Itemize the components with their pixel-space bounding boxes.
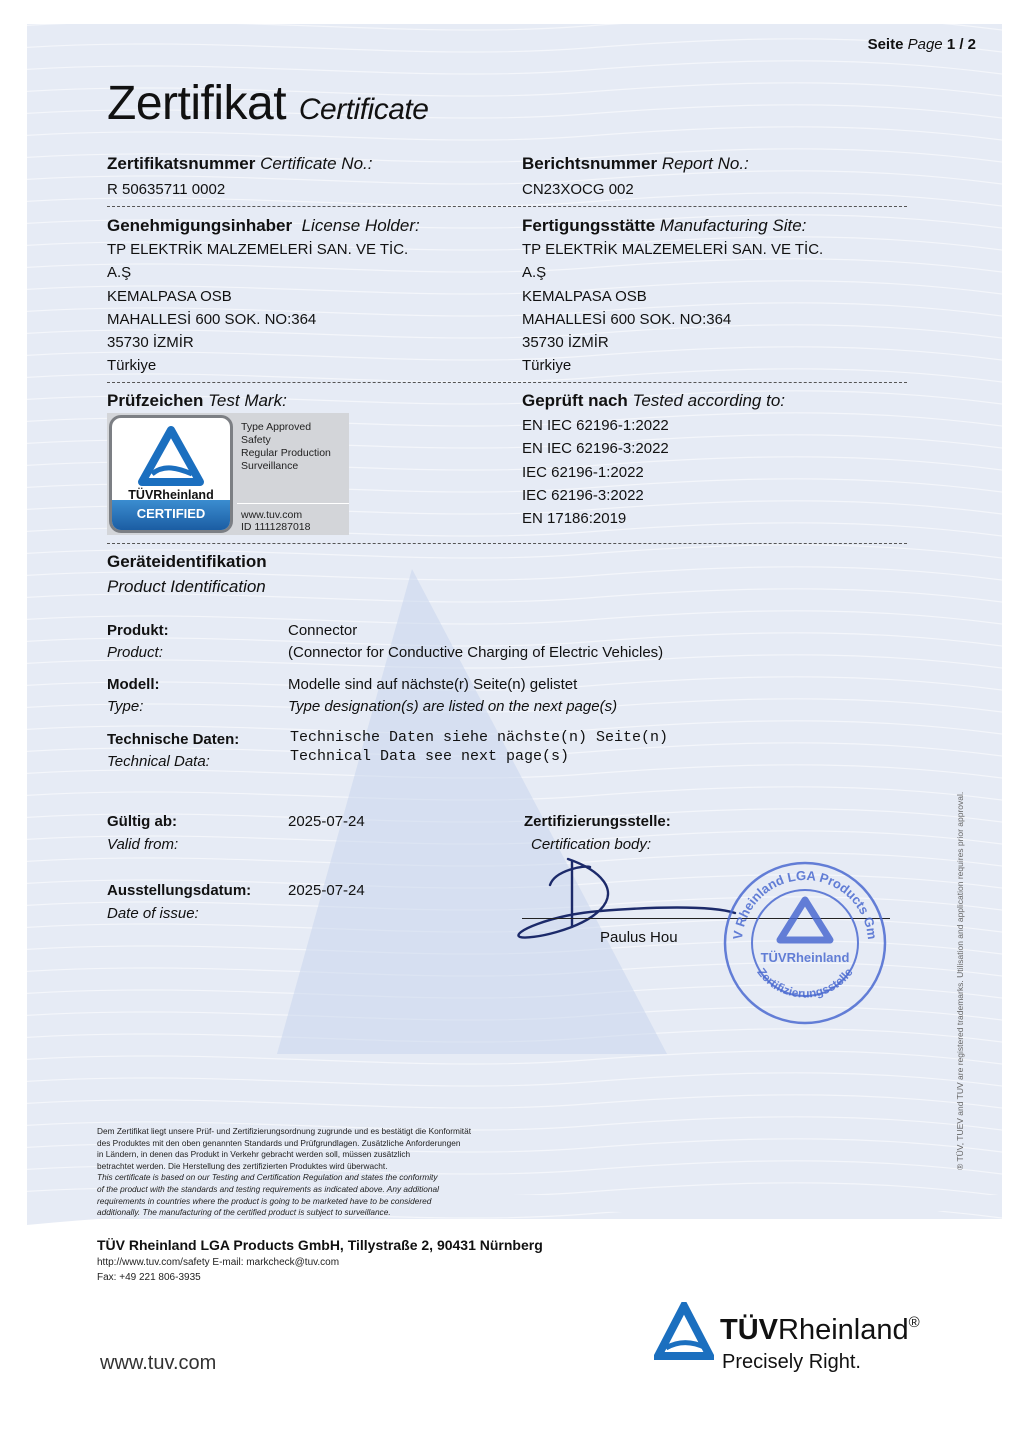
technical-data-label-en: Technical Data: (107, 750, 210, 773)
license-holder-label: Genehmigungsinhaber License Holder: (107, 216, 420, 236)
model-label: Modell: (107, 673, 160, 696)
tuv-slogan: Precisely Right. (722, 1351, 861, 1374)
divider (107, 206, 907, 207)
certification-body-label: Zertifizierungsstelle: (524, 810, 671, 833)
standards-list: EN IEC 62196-1:2022 EN IEC 62196-3:2022 … (522, 414, 669, 530)
certified-logo: TÜVRheinland CERTIFIED (109, 415, 233, 533)
svg-text:TÜVRheinland: TÜVRheinland (761, 950, 850, 965)
issuer-contact[interactable]: http://www.tuv.com/safety E-mail: markch… (97, 1257, 339, 1268)
wave-pattern (27, 24, 1002, 1219)
product-value-en: (Connector for Conductive Charging of El… (288, 641, 663, 664)
issue-date-label-en: Date of issue: (107, 902, 199, 925)
tested-according-label: Geprüft nach Tested according to: (522, 391, 785, 411)
certificate-number: R 50635711 0002 (107, 178, 225, 201)
manufacturing-site-label: Fertigungsstätte Manufacturing Site: (522, 216, 806, 236)
website-link[interactable]: www.tuv.com (100, 1352, 216, 1375)
test-mark-scope: Type Approved Safety Regular Production … (241, 421, 331, 473)
divider (107, 382, 907, 383)
divider (107, 543, 907, 544)
issuer-address: TÜV Rheinland LGA Products GmbH, Tillyst… (97, 1237, 543, 1253)
technical-data-value: Technische Daten siehe nächste(n) Seite(… (290, 728, 668, 747)
technical-data-label: Technische Daten: (107, 728, 239, 751)
issue-date: 2025-07-24 (288, 879, 365, 902)
valid-from-label: Gültig ab: (107, 810, 177, 833)
product-identification-heading-en: Product Identification (107, 577, 266, 597)
model-label-en: Type: (107, 695, 143, 718)
report-number-label: Berichtsnummer Report No.: (522, 154, 749, 174)
tuv-brand: TÜVRheinland® (720, 1314, 920, 1347)
svg-text:Zertifizierungsstelle: Zertifizierungsstelle (754, 965, 855, 1001)
certification-body-label-en: Certification body: (531, 833, 651, 856)
test-mark-badge: TÜVRheinland CERTIFIED Type Approved Saf… (107, 413, 349, 535)
certification-stamp: TÜV Rheinland LGA Products GmbH Zertifiz… (720, 858, 890, 1028)
test-mark-label: Prüfzeichen Test Mark: (107, 391, 287, 411)
valid-from-date: 2025-07-24 (288, 810, 365, 833)
technical-data-value-en: Technical Data see next page(s) (290, 747, 569, 766)
product-identification-heading: Geräteidentifikation (107, 552, 267, 572)
divider (237, 503, 349, 504)
certificate-background (27, 24, 1002, 1219)
certificate-number-label: Zertifikatsnummer Certificate No.: (107, 154, 373, 174)
disclaimer-text: Dem Zertifikat liegt unsere Prüf- und Ze… (97, 1126, 471, 1219)
signatory-name: Paulus Hou (600, 926, 678, 949)
product-value: Connector (288, 619, 357, 642)
test-mark-id: www.tuv.com ID 1111287018 (241, 509, 310, 533)
report-number: CN23XOCG 002 (522, 178, 634, 201)
trademark-notice: ® TÜV, TUEV and TUV are registered trade… (955, 792, 965, 1170)
license-holder-address: TP ELEKTRİK MALZEMELERİ SAN. VE TİC. A.Ş… (107, 238, 408, 378)
tuv-logo-icon (654, 1302, 714, 1360)
page-number: Seite Page 1 / 2 (868, 36, 976, 53)
product-label-en: Product: (107, 641, 163, 664)
model-value: Modelle sind auf nächste(r) Seite(n) gel… (288, 673, 577, 696)
tuv-triangle-icon (112, 424, 230, 494)
issuer-fax: Fax: +49 221 806-3935 (97, 1272, 201, 1283)
product-label: Produkt: (107, 619, 169, 642)
model-value-en: Type designation(s) are listed on the ne… (288, 695, 617, 718)
valid-from-label-en: Valid from: (107, 833, 178, 856)
page-title: Zertifikat Certificate (107, 76, 428, 131)
issue-date-label: Ausstellungsdatum: (107, 879, 251, 902)
manufacturing-site-address: TP ELEKTRİK MALZEMELERİ SAN. VE TİC. A.Ş… (522, 238, 823, 378)
